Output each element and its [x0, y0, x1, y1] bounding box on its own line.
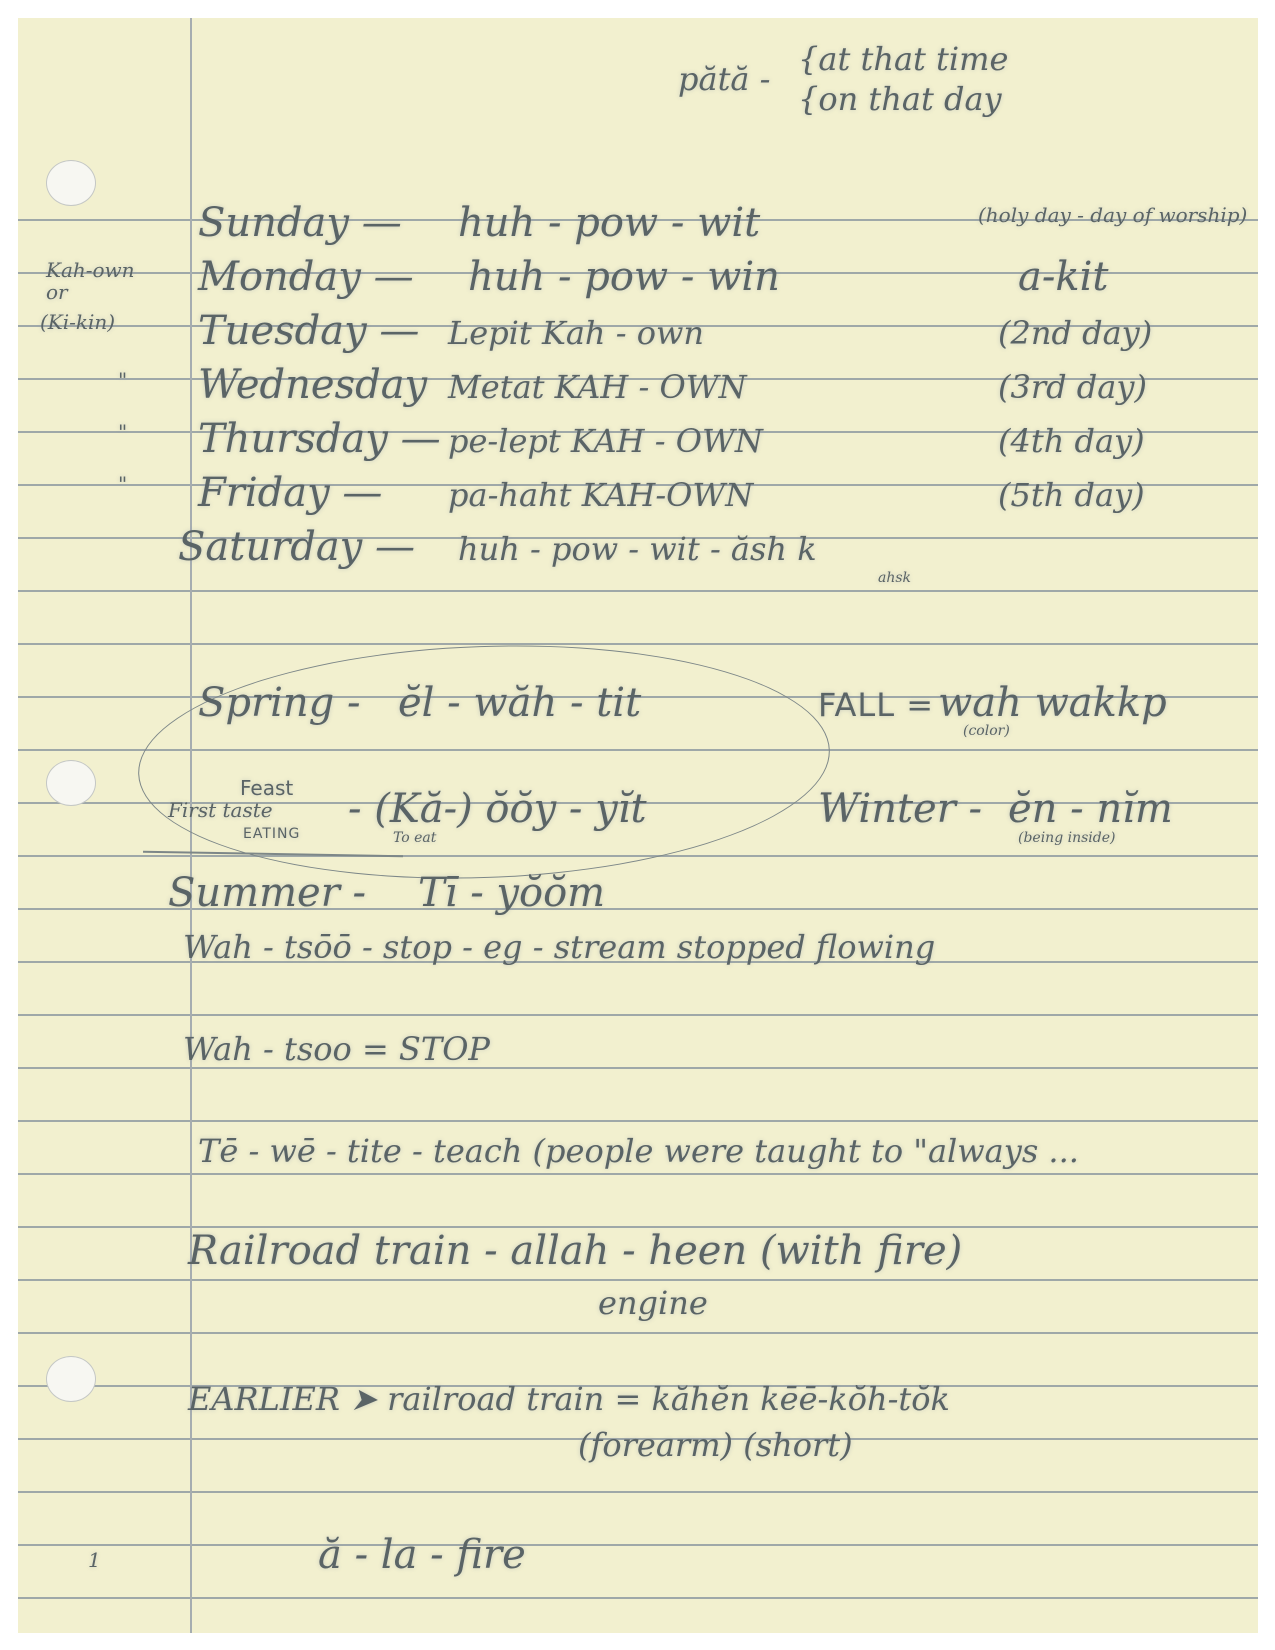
- top-note-line2: {on that day: [798, 80, 1002, 118]
- entry: Wah - tsoo = STOP: [183, 1030, 490, 1068]
- season-summer-native: Tī - yŏŏm: [418, 870, 605, 916]
- season-spring-native: ĕl - wăh - tit: [398, 680, 641, 726]
- ditto-mark: ": [118, 368, 127, 392]
- feast-label: First taste: [168, 798, 273, 822]
- day-english: Wednesday: [198, 362, 427, 408]
- day-gloss: (2nd day): [998, 314, 1152, 352]
- notebook-page: pătă - {at that time {on that day Kah-ow…: [18, 18, 1258, 1633]
- day-gloss: (holy day - day of worship): [978, 203, 1247, 227]
- season-summer-english: Summer -: [168, 870, 366, 916]
- feast-label-top: Feast: [240, 776, 293, 800]
- feast-native: - (Kă-) ŏŏy - yĭt: [348, 786, 647, 832]
- day-english: Tuesday —: [198, 308, 419, 354]
- feast-note: To eat: [393, 830, 436, 846]
- entry: Wah - tsōō - stop - eg - stream stopped …: [183, 928, 935, 966]
- margin-note: Kah-own: [46, 258, 135, 282]
- season-fall-english: FALL =: [818, 686, 934, 724]
- top-note-line1: {at that time: [798, 40, 1008, 78]
- day-gloss: (3rd day): [998, 368, 1147, 406]
- entry: Railroad train - allah - heen (with fire…: [188, 1228, 962, 1274]
- day-native: Lepit Kah - own: [448, 314, 704, 352]
- top-note-word: pătă -: [678, 60, 770, 98]
- margin-note: or: [46, 280, 68, 304]
- day-native: huh - pow - win: [468, 254, 780, 300]
- binder-hole-bottom: [46, 1356, 96, 1402]
- entry: ă - la - fire: [318, 1532, 526, 1578]
- footer-mark: 1: [88, 1548, 101, 1572]
- ditto-mark: ": [118, 472, 127, 496]
- day-gloss: (4th day): [998, 422, 1145, 460]
- day-english: Sunday —: [198, 200, 402, 246]
- entry-note: (forearm) (short): [578, 1426, 853, 1464]
- day-native: huh - pow - wit: [458, 200, 760, 246]
- day-english: Thursday —: [198, 416, 441, 462]
- day-native: pe-lept KAH - OWN: [448, 422, 763, 460]
- day-gloss: a-kit: [1018, 254, 1108, 300]
- day-english: Saturday —: [178, 524, 415, 570]
- season-winter-english: Winter -: [818, 786, 982, 832]
- day-english: Friday —: [198, 470, 382, 516]
- season-fall-note: (color): [963, 723, 1010, 739]
- feast-label-bottom: EATING: [243, 826, 300, 842]
- season-fall-native: wah wakkp: [938, 680, 1167, 726]
- entry: EARLIER ➤ railroad train = kăhĕn kēē-kŏh…: [188, 1380, 950, 1418]
- entry: Tē - wē - tite - teach (people were taug…: [198, 1132, 1079, 1170]
- margin-note: (Ki-kin): [40, 310, 115, 334]
- day-native: Metat KAH - OWN: [448, 368, 747, 406]
- entry-note: engine: [598, 1284, 708, 1322]
- day-native: pa-haht KAH-OWN: [448, 476, 753, 514]
- binder-hole-top: [46, 160, 96, 206]
- day-native: huh - pow - wit - ăsh k: [458, 530, 817, 568]
- ditto-mark: ": [118, 420, 127, 444]
- binder-hole-middle: [46, 760, 96, 806]
- season-winter-note: (being inside): [1018, 830, 1115, 846]
- season-winter-native: ĕn - nĭm: [1008, 786, 1173, 832]
- season-spring-english: Spring -: [198, 680, 361, 726]
- day-english: Monday —: [198, 254, 414, 300]
- day-gloss: ahsk: [878, 570, 911, 586]
- day-gloss: (5th day): [998, 476, 1145, 514]
